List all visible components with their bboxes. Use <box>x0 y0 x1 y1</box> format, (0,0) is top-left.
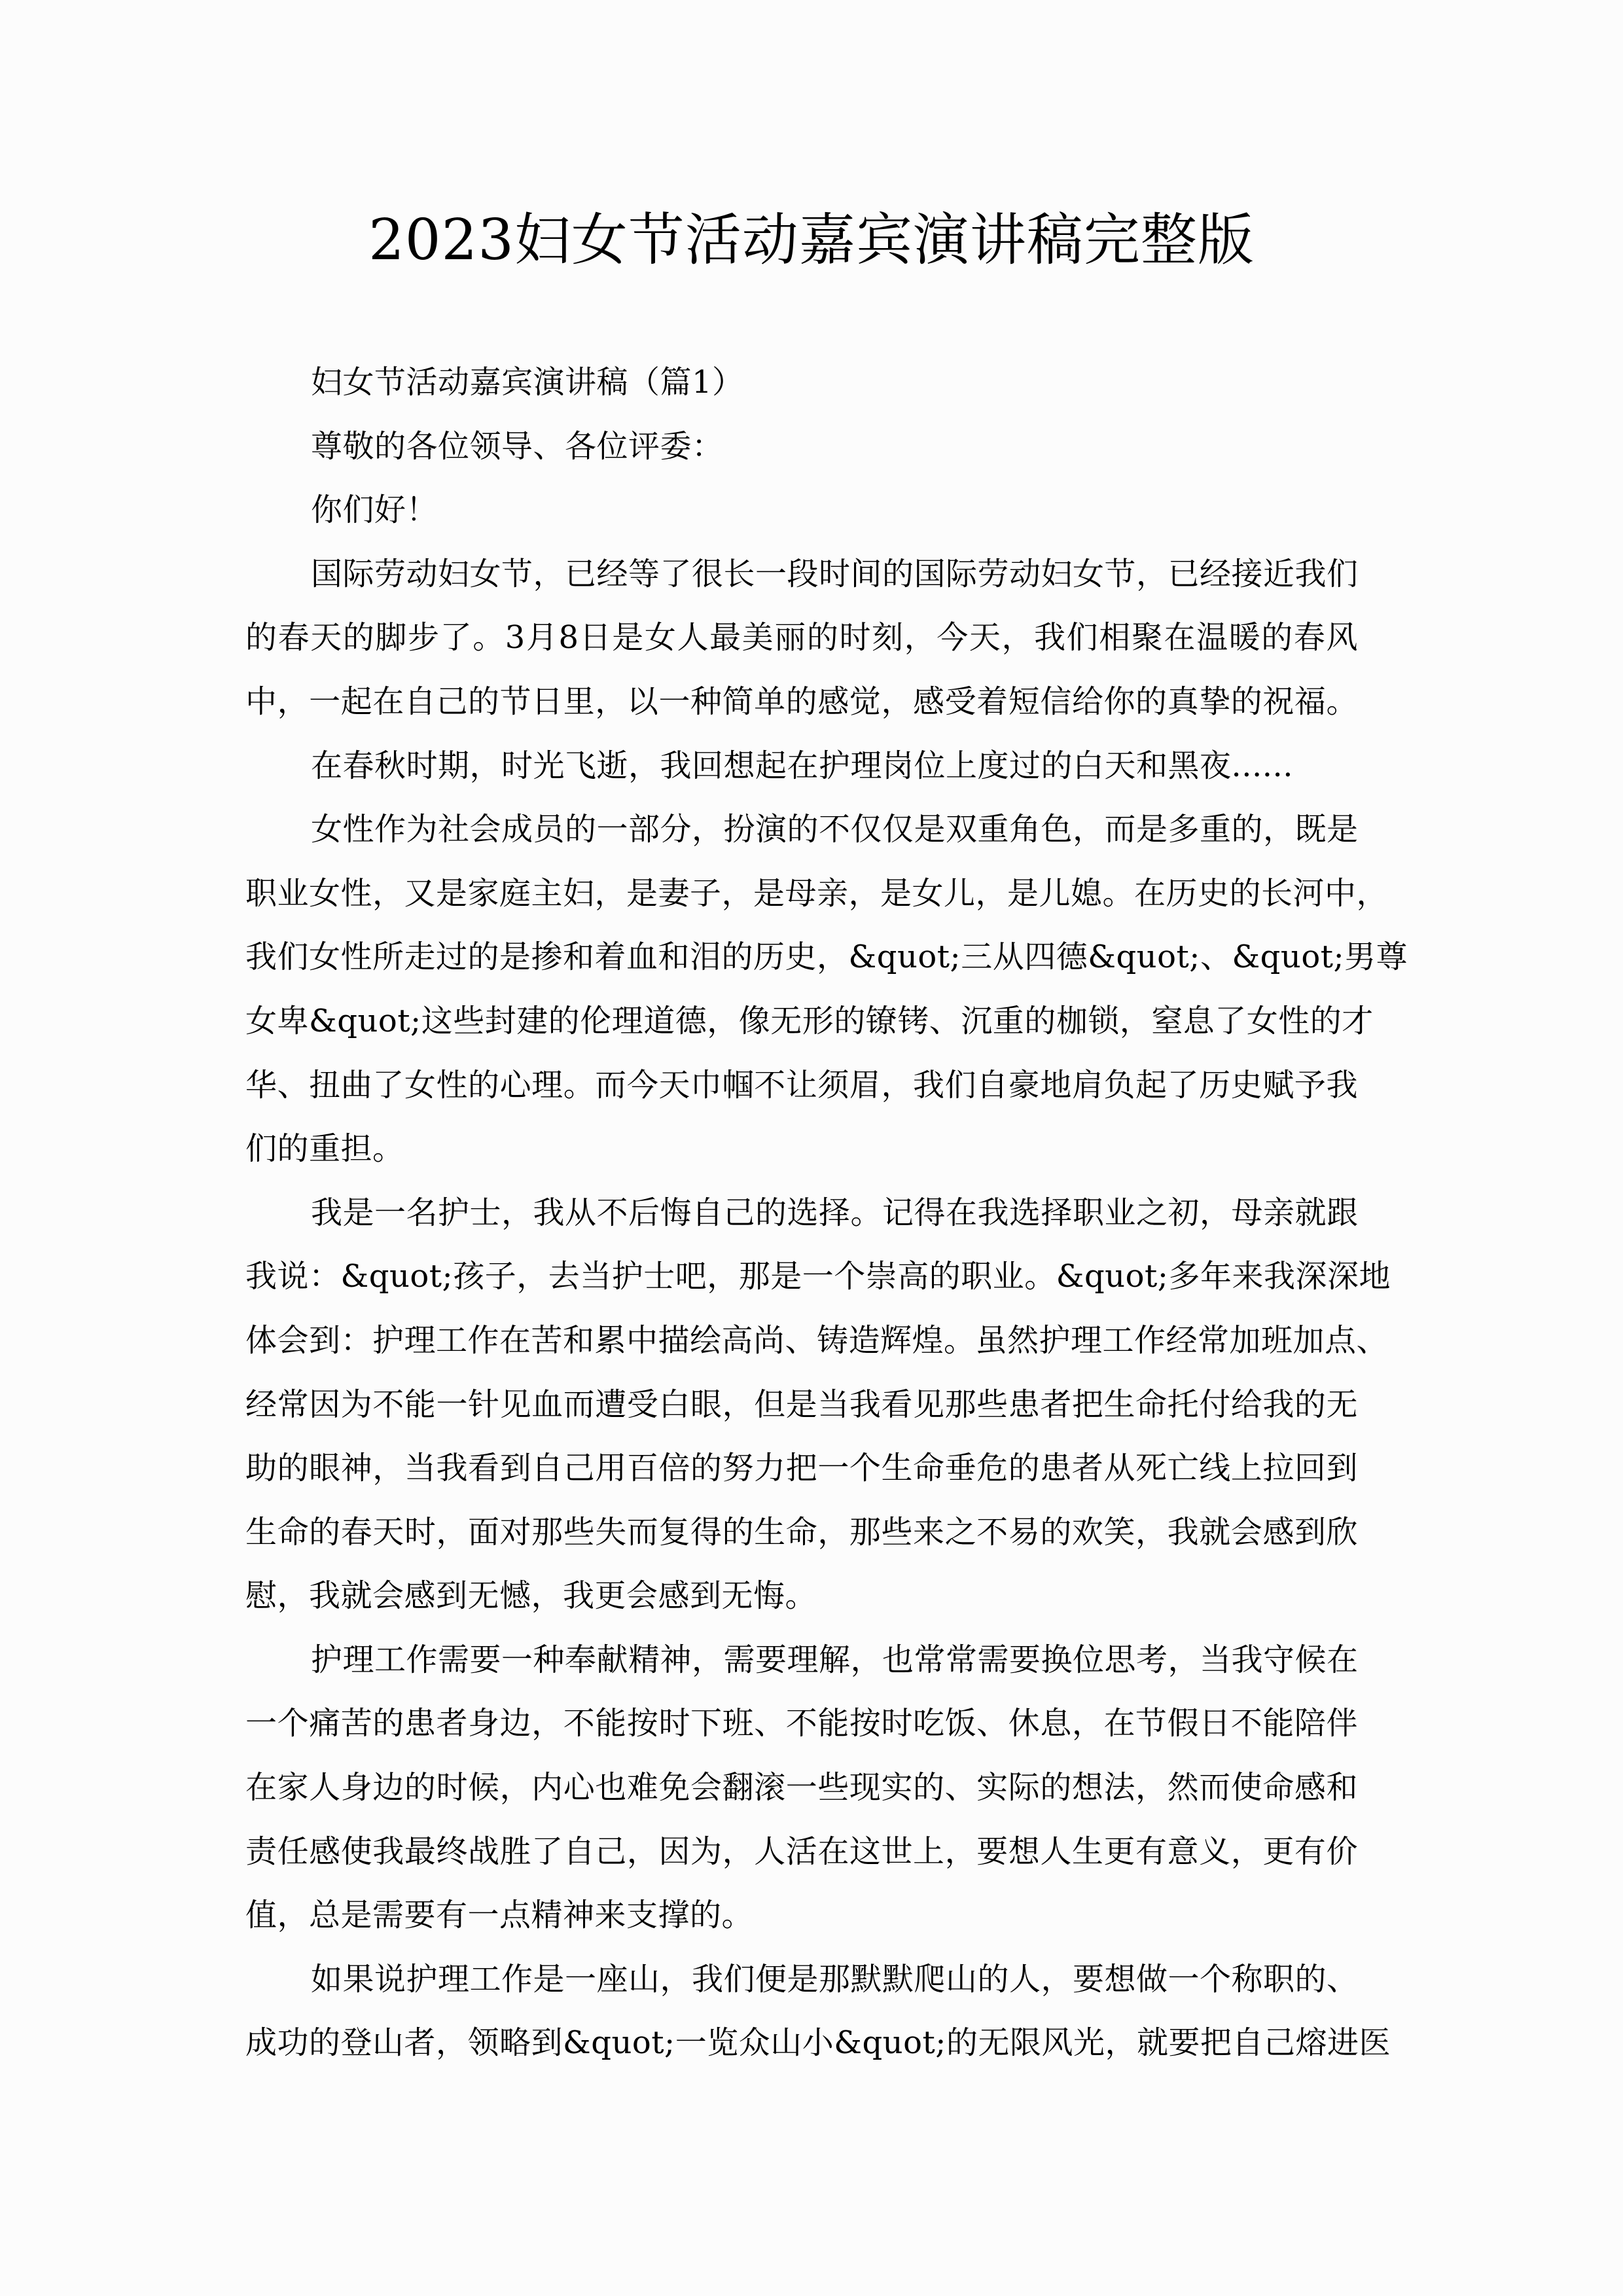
paragraph-line: 的春天的脚步了。3月8日是女人最美丽的时刻，今天，我们相聚在温暖的春风 <box>245 606 1358 670</box>
paragraph-line: 成功的登山者，领略到&quot;一览众山小&quot;的无限风光，就要把自己熔进… <box>245 2011 1358 2075</box>
paragraph-line: 女卑&quot;这些封建的伦理道德，像无形的镣铐、沉重的枷锁，窒息了女性的才 <box>245 990 1358 1054</box>
paragraph-line: 护理工作需要一种奉献精神，需要理解，也常常需要换位思考，当我守候在 <box>245 1628 1358 1693</box>
paragraph-line: 职业女性，又是家庭主妇，是妻子，是母亲，是女儿，是儿媳。在历史的长河中， <box>245 862 1358 926</box>
paragraph-line: 一个痛苦的患者身边，不能按时下班、不能按时吃饭、休息，在节假日不能陪伴 <box>245 1692 1358 1756</box>
paragraph-line: 在春秋时期，时光飞逝，我回想起在护理岗位上度过的白天和黑夜...... <box>245 734 1397 798</box>
paragraph-line: 如果说护理工作是一座山，我们便是那默默爬山的人，要想做一个称职的、 <box>245 1948 1358 2012</box>
paragraph-line: 体会到：护理工作在苦和累中描绘高尚、铸造辉煌。虽然护理工作经常加班加点、 <box>245 1309 1358 1373</box>
paragraph-line: 我说：&quot;孩子，去当护士吧，那是一个崇高的职业。&quot;多年来我深深… <box>245 1245 1358 1309</box>
paragraph-line: 们的重担。 <box>245 1117 1397 1181</box>
paragraph-line: 值，总是需要有一点精神来支撑的。 <box>245 1884 1397 1948</box>
paragraph-line: 华、扭曲了女性的心理。而今天巾帼不让须眉，我们自豪地肩负起了历史赋予我 <box>245 1054 1358 1118</box>
paragraph-line: 在家人身边的时候，内心也难免会翻滚一些现实的、实际的想法，然而使命感和 <box>245 1756 1358 1820</box>
paragraph-line: 慰，我就会感到无憾，我更会感到无悔。 <box>245 1564 1397 1628</box>
document-title: 2023妇女节活动嘉宾演讲稿完整版 <box>0 204 1623 276</box>
paragraph-line: 责任感使我最终战胜了自己，因为，人活在这世上，要想人生更有意义，更有价 <box>245 1820 1358 1884</box>
document-body: 妇女节活动嘉宾演讲稿（篇1） 尊敬的各位领导、各位评委： 你们好！ 国际劳动妇女… <box>245 351 1397 2075</box>
paragraph-line: 生命的春天时，面对那些失而复得的生命，那些来之不易的欢笑，我就会感到欣 <box>245 1501 1358 1565</box>
document-page: 2023妇女节活动嘉宾演讲稿完整版 妇女节活动嘉宾演讲稿（篇1） 尊敬的各位领导… <box>0 0 1623 2296</box>
paragraph-line: 女性作为社会成员的一部分，扮演的不仅仅是双重角色，而是多重的，既是 <box>245 798 1358 862</box>
paragraph-line: 我是一名护士，我从不后悔自己的选择。记得在我选择职业之初，母亲就跟 <box>245 1181 1358 1246</box>
paragraph-line: 中，一起在自己的节日里，以一种简单的感觉，感受着短信给你的真挚的祝福。 <box>245 670 1358 734</box>
paragraph-line: 国际劳动妇女节，已经等了很长一段时间的国际劳动妇女节，已经接近我们 <box>245 543 1358 607</box>
section-heading: 妇女节活动嘉宾演讲稿（篇1） <box>245 351 1397 415</box>
paragraph-line: 经常因为不能一针见血而遭受白眼，但是当我看见那些患者把生命托付给我的无 <box>245 1373 1358 1437</box>
greeting: 你们好！ <box>245 478 1397 543</box>
salutation: 尊敬的各位领导、各位评委： <box>245 415 1397 479</box>
paragraph-line: 助的眼神，当我看到自己用百倍的努力把一个生命垂危的患者从死亡线上拉回到 <box>245 1437 1358 1501</box>
paragraph-line: 我们女性所走过的是掺和着血和泪的历史，&quot;三从四德&quot;、&quo… <box>245 925 1358 990</box>
